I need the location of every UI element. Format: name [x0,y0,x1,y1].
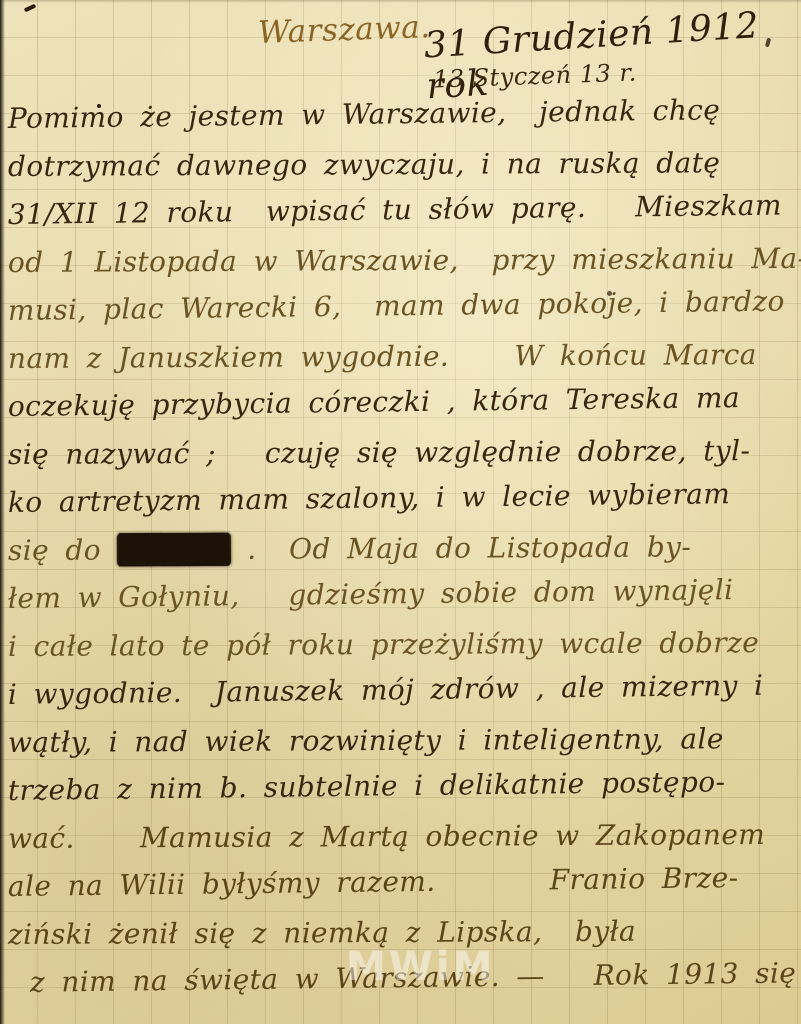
header-place: Warszawa. [257,9,431,51]
body-line: i wygodnie. Januszek mój zdrów , ale miz… [8,668,796,726]
body-line-pre: się do [8,533,117,567]
paper-edge-left [0,0,5,1024]
letter-body: Pomimo że jestem w Warszawie, jednak chc… [8,102,795,1014]
body-line: musi, plac Warecki 6, mam dwa pokoje, i … [8,284,796,342]
body-line: ale na Wilii byłyśmy razem. Franio Brze- [8,860,796,918]
body-line: trzeba z nim b. subtelnie i delikatnie p… [8,764,796,822]
body-line-post: . Od Maja do Listopada by- [231,530,691,565]
ink-speck [24,4,37,13]
museum-watermark: MWiM [346,944,495,990]
paper-edge-top [0,0,801,3]
body-line: łem w Gołyniu, gdzieśmy sobie dom wynaję… [8,572,796,630]
body-line: ko artretyzm mam szalony, i w lecie wybi… [8,476,796,534]
body-line: Pomimo że jestem w Warszawie, jednak chc… [8,92,796,150]
body-line: 31/XII 12 roku wpisać tu słów parę. Mies… [8,188,796,246]
body-line: oczekuję przybycia córeczki , która Tere… [8,380,796,438]
blotted-word: █████ [117,533,231,567]
letter-page: Warszawa. 31 Grudzień 1912 rok 13 Stycze… [0,0,801,1024]
